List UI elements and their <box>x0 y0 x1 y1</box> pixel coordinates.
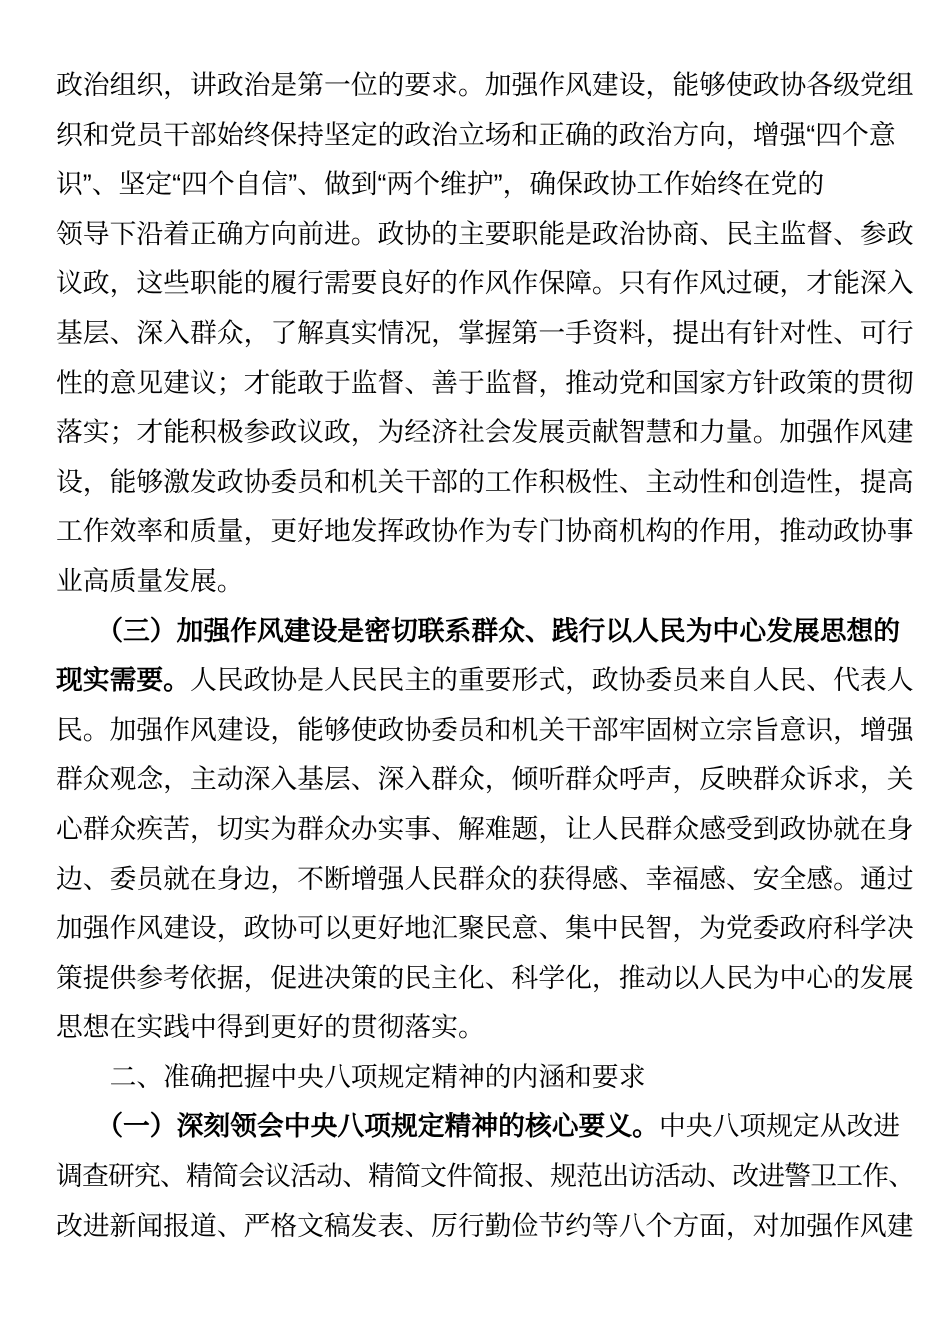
text-line: 落实；才能积极参政议政，为经济社会发展贡献智慧和力量。加强作风建 <box>56 408 914 458</box>
text-segment: 思想在实践中得到更好的贯彻落实。 <box>56 1012 485 1042</box>
text-line: 性的意见建议；才能敢于监督、善于监督，推动党和国家方针政策的贯彻 <box>56 359 914 409</box>
text-line: 议政，这些职能的履行需要良好的作风作保障。只有作风过硬，才能深入 <box>56 259 914 309</box>
text-segment: 二、准确把握中央八项规定精神的内涵和要求 <box>56 1062 646 1092</box>
bold-text-segment: （一）深刻领会中央八项规定精神的核心要义。 <box>56 1111 659 1141</box>
text-segment: 领导下沿着正确方向前进。政协的主要职能是政治协商、民主监督、参政 <box>56 219 914 249</box>
text-line: 加强作风建设，政协可以更好地汇聚民意、集中民智，为党委政府科学决 <box>56 904 914 954</box>
text-segment: 性的意见建议；才能敢于监督、善于监督，推动党和国家方针政策的贯彻 <box>56 368 914 398</box>
text-segment: 民。加强作风建设，能够使政协委员和机关干部牢固树立宗旨意识，增强 <box>56 715 914 745</box>
text-segment: 基层、深入群众，了解真实情况，掌握第一手资料，提出有针对性、可行 <box>56 318 914 348</box>
text-segment: 织和党员干部始终保持坚定的政治立场和正确的政治方向，增强“四个意 <box>56 120 896 150</box>
text-line: 织和党员干部始终保持坚定的政治立场和正确的政治方向，增强“四个意 <box>56 111 914 161</box>
text-segment: 群众观念，主动深入基层、深入群众，倾听群众呼声，反映群众诉求，关 <box>56 764 914 794</box>
text-line: 思想在实践中得到更好的贯彻落实。 <box>56 1003 914 1053</box>
text-segment: 政治组织，讲政治是第一位的要求。加强作风建设，能够使政协各级党组 <box>56 70 914 100</box>
text-line: 基层、深入群众，了解真实情况，掌握第一手资料，提出有针对性、可行 <box>56 309 914 359</box>
text-line: 现实需要。人民政协是人民民主的重要形式，政协委员来自人民、代表人 <box>56 656 914 706</box>
text-line: 群众观念，主动深入基层、深入群众，倾听群众呼声，反映群众诉求，关 <box>56 755 914 805</box>
text-segment: 中央八项规定从改进 <box>659 1111 900 1141</box>
text-segment: 设，能够激发政协委员和机关干部的工作积极性、主动性和创造性，提高 <box>56 467 914 497</box>
text-segment: 工作效率和质量，更好地发挥政协作为专门协商机构的作用，推动政协事 <box>56 516 914 546</box>
document-text: 政治组织，讲政治是第一位的要求。加强作风建设，能够使政协各级党组织和党员干部始终… <box>56 61 914 1251</box>
text-line: 调查研究、精简会议活动、精简文件简报、规范出访活动、改进警卫工作、 <box>56 1152 914 1202</box>
text-line: 政治组织，讲政治是第一位的要求。加强作风建设，能够使政协各级党组 <box>56 61 914 111</box>
text-line: 二、准确把握中央八项规定精神的内涵和要求 <box>56 1053 914 1103</box>
text-line: 策提供参考依据，促进决策的民主化、科学化，推动以人民为中心的发展 <box>56 954 914 1004</box>
text-segment: 调查研究、精简会议活动、精简文件简报、规范出访活动、改进警卫工作、 <box>56 1161 914 1191</box>
text-line: （三）加强作风建设是密切联系群众、践行以人民为中心发展思想的 <box>56 607 914 657</box>
text-segment: 业高质量发展。 <box>56 566 244 596</box>
text-line: 改进新闻报道、严格文稿发表、厉行勤俭节约等八个方面，对加强作风建 <box>56 1202 914 1252</box>
text-line: 业高质量发展。 <box>56 557 914 607</box>
text-segment: 落实；才能积极参政议政，为经济社会发展贡献智慧和力量。加强作风建 <box>56 417 914 447</box>
document-page: 政治组织，讲政治是第一位的要求。加强作风建设，能够使政协各级党组织和党员干部始终… <box>0 0 950 1344</box>
text-line: （一）深刻领会中央八项规定精神的核心要义。中央八项规定从改进 <box>56 1102 914 1152</box>
text-line: 工作效率和质量，更好地发挥政协作为专门协商机构的作用，推动政协事 <box>56 507 914 557</box>
text-line: 设，能够激发政协委员和机关干部的工作积极性、主动性和创造性，提高 <box>56 458 914 508</box>
text-line: 心群众疾苦，切实为群众办实事、解难题，让人民群众感受到政协就在身 <box>56 805 914 855</box>
text-segment: 策提供参考依据，促进决策的民主化、科学化，推动以人民为中心的发展 <box>56 963 914 993</box>
text-segment: 识”、坚定“四个自信”、做到“两个维护”，确保政协工作始终在党的 <box>56 169 824 199</box>
text-segment: 议政，这些职能的履行需要良好的作风作保障。只有作风过硬，才能深入 <box>56 268 914 298</box>
text-line: 识”、坚定“四个自信”、做到“两个维护”，确保政协工作始终在党的 <box>56 160 914 210</box>
bold-text-segment: 现实需要。 <box>56 665 190 695</box>
bold-text-segment: （三）加强作风建设是密切联系群众、践行以人民为中心发展思想的 <box>56 616 900 646</box>
text-line: 民。加强作风建设，能够使政协委员和机关干部牢固树立宗旨意识，增强 <box>56 706 914 756</box>
text-line: 领导下沿着正确方向前进。政协的主要职能是政治协商、民主监督、参政 <box>56 210 914 260</box>
text-segment: 加强作风建设，政协可以更好地汇聚民意、集中民智，为党委政府科学决 <box>56 913 914 943</box>
text-segment: 人民政协是人民民主的重要形式，政协委员来自人民、代表人 <box>190 665 914 695</box>
text-segment: 边、委员就在身边，不断增强人民群众的获得感、幸福感、安全感。通过 <box>56 864 914 894</box>
text-segment: 心群众疾苦，切实为群众办实事、解难题，让人民群众感受到政协就在身 <box>56 814 914 844</box>
text-segment: 改进新闻报道、严格文稿发表、厉行勤俭节约等八个方面，对加强作风建 <box>56 1211 914 1241</box>
text-line: 边、委员就在身边，不断增强人民群众的获得感、幸福感、安全感。通过 <box>56 855 914 905</box>
